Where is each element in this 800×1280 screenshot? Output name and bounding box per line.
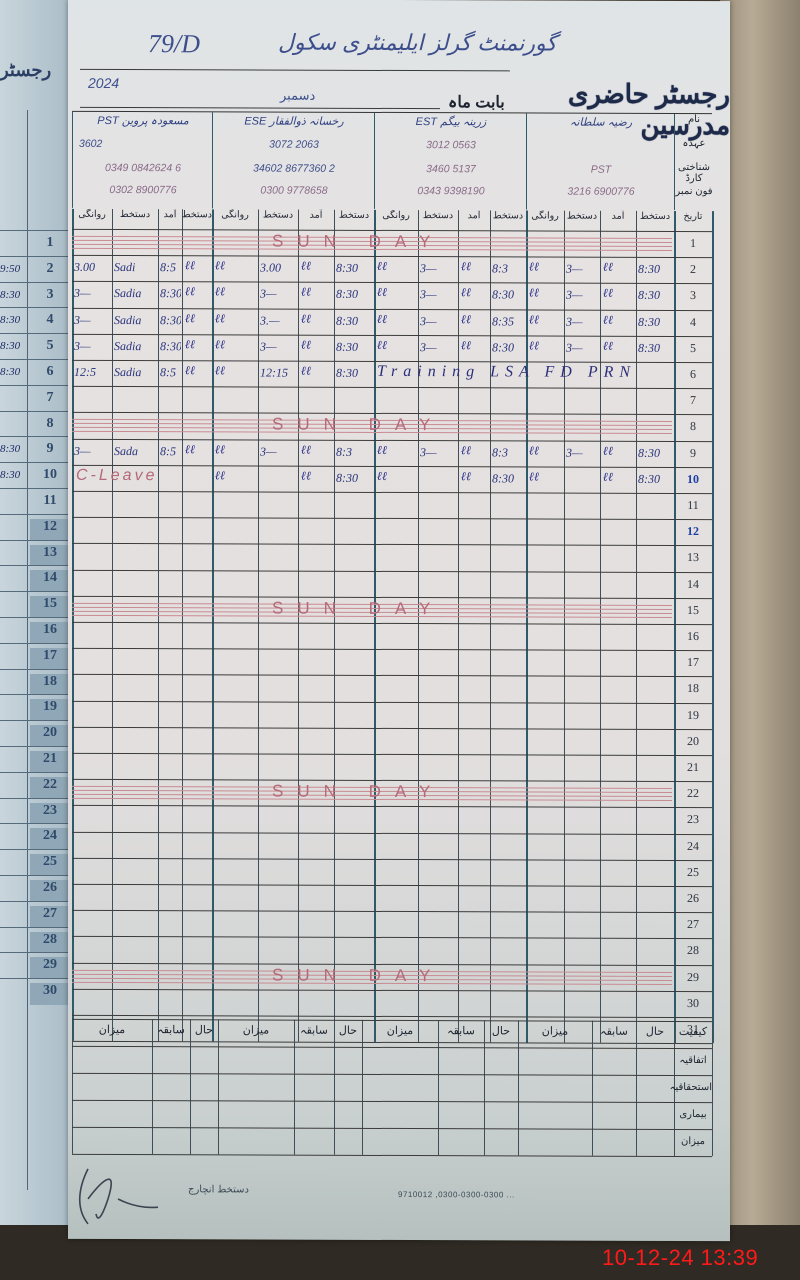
day-number: 2: [674, 262, 712, 277]
summary-row-label: میزان: [674, 1136, 712, 1147]
grid-column-line: [636, 1021, 637, 1156]
previous-page-row: 58:30: [0, 333, 72, 360]
previous-page-row: 98:30: [0, 436, 72, 463]
teacher-name: زرینہ بیگم EST: [375, 115, 527, 129]
year-field: 2024: [88, 75, 119, 91]
grid-row-line: [72, 438, 712, 441]
handwritten-signature: ℓℓ: [215, 363, 225, 378]
divider: [80, 107, 440, 109]
departure-time: 3—: [420, 445, 457, 460]
signature-text: Sadia: [114, 286, 157, 301]
grid-column-line: [362, 1020, 363, 1155]
arrival-time: 8:30: [336, 471, 373, 486]
arrival-time: 8:30: [638, 341, 673, 356]
handwritten-signature: ℓℓ: [603, 339, 613, 354]
previous-page-row: 28: [0, 927, 72, 954]
teacher-cnic: [527, 139, 675, 140]
previous-page-day: 26: [30, 880, 70, 902]
summary-header: میزان: [72, 1023, 152, 1036]
day-number: 30: [674, 996, 712, 1011]
previous-page-time: 8:30: [0, 366, 26, 378]
summary-row-label: استحقاقیہ: [674, 1082, 712, 1093]
handwritten-signature: ℓℓ: [301, 285, 311, 300]
grid-row-line: [72, 648, 712, 651]
summary-header: میزان: [362, 1024, 438, 1037]
teacher-cnic-full: 34602 8677360 2: [213, 162, 375, 175]
previous-page-day: 9: [30, 441, 70, 463]
handwritten-signature: ℓℓ: [377, 285, 387, 300]
day-number: 19: [674, 708, 712, 723]
handwritten-signature: ℓℓ: [185, 311, 195, 326]
departure-time: 3—: [566, 445, 599, 460]
previous-page-day: 28: [30, 932, 70, 954]
day-number: 14: [674, 577, 712, 592]
teacher-phone: 0343 9398190: [375, 185, 527, 198]
handwritten-signature: ℓℓ: [603, 286, 613, 301]
previous-page: رجسٹر 129:5038:3048:3058:3068:307898:301…: [0, 0, 72, 1225]
teacher-name: رخسانہ ذوالفقار ESE: [213, 114, 375, 128]
previous-page-row: 1: [0, 230, 72, 257]
handwritten-signature: ℓℓ: [215, 311, 225, 326]
departure-time: 3—: [566, 262, 599, 277]
arrival-time: 8:30: [638, 472, 673, 487]
grid-column-line: [438, 1020, 439, 1155]
grid-column-line: [592, 1021, 593, 1156]
summary-header: حال: [190, 1023, 218, 1036]
column-header: دستخط: [182, 209, 212, 229]
previous-page-row: 20: [0, 720, 72, 747]
grid-column-line: [152, 1019, 153, 1154]
handwritten-signature: ℓℓ: [377, 469, 387, 484]
handwritten-signature: ℓℓ: [185, 337, 195, 352]
grid-row-line: [72, 465, 712, 468]
column-header: آمد: [298, 210, 334, 230]
arrival-time: 8:30: [492, 288, 525, 303]
summary-header: سابقہ: [438, 1024, 484, 1037]
departure-time: 3—: [74, 443, 111, 458]
day-number: 8: [674, 419, 712, 434]
handwritten-signature: ℓℓ: [529, 338, 539, 353]
month-label: بابت ماہ: [448, 92, 505, 112]
summary-header: سابقہ: [592, 1025, 636, 1038]
sunday-label: SUN DAY: [272, 598, 532, 619]
day-number: 20: [674, 734, 712, 749]
day-number: 12: [674, 524, 712, 539]
day-number: 10: [674, 472, 712, 487]
label-post: عہدہ: [675, 138, 713, 162]
sunday-label: SUN DAY: [272, 965, 532, 986]
column-header: آمد: [600, 211, 636, 231]
divider: [80, 69, 510, 72]
sunday-label: SUN DAY: [272, 232, 532, 253]
grid-row-line: [72, 727, 712, 730]
day-number: 24: [674, 839, 712, 854]
grid-row-line: [72, 805, 712, 808]
column-header: روانگی: [212, 209, 258, 229]
arrival-time: 8:30: [336, 261, 373, 276]
grid-row-line: [72, 307, 712, 310]
handwritten-signature: ℓℓ: [529, 443, 539, 458]
arrival-time: 8:30: [492, 471, 525, 486]
departure-time: 3.—: [260, 313, 297, 328]
previous-page-day: 4: [30, 312, 70, 334]
arrival-time: 8:30: [492, 340, 525, 355]
previous-page-row: 108:30: [0, 462, 72, 489]
day-number: 6: [674, 367, 712, 382]
previous-page-day: 24: [30, 828, 70, 850]
previous-page-row: 12: [0, 514, 72, 541]
summary-row-label: اتفاقیہ: [674, 1055, 712, 1066]
departure-time: 3—: [566, 288, 599, 303]
signature-text: Sadi: [114, 260, 157, 275]
previous-page-day: 16: [30, 622, 70, 644]
camera-timestamp: 10-12-24 13:39: [602, 1245, 758, 1271]
grid-row-line: [72, 1046, 712, 1049]
day-number: 17: [674, 655, 712, 670]
grid-row-line: [72, 753, 712, 756]
sunday-label: SUN DAY: [272, 782, 532, 803]
arrival-time: 8:30: [336, 287, 373, 302]
previous-page-row: 25: [0, 849, 72, 876]
teacher-cnic-full: PST: [527, 163, 675, 176]
handwritten-signature: ℓℓ: [301, 442, 311, 457]
day-number: 18: [674, 681, 712, 696]
handwritten-signature: ℓℓ: [215, 442, 225, 457]
handwritten-signature: ℓℓ: [301, 337, 311, 352]
teacher-cnic-full: 0349 0842624 6: [73, 162, 213, 174]
handwritten-signature: ℓℓ: [461, 312, 471, 327]
previous-page-day: 5: [30, 338, 70, 360]
column-header: روانگی: [374, 210, 418, 230]
previous-page-row: 68:30: [0, 359, 72, 386]
teacher-phone: 0302 8900776: [73, 184, 213, 196]
previous-page-day: 30: [30, 983, 70, 1005]
arrival-time: 8:30: [336, 340, 373, 355]
grid-row-line: [72, 622, 712, 625]
previous-page-day: 21: [30, 751, 70, 773]
signature: [48, 1159, 168, 1229]
previous-page-day: 6: [30, 364, 70, 386]
handwritten-signature: ℓℓ: [377, 338, 387, 353]
column-header: آمد: [458, 210, 490, 230]
previous-page-row: 48:30: [0, 307, 72, 334]
grid-row-line: [72, 910, 712, 913]
handwritten-signature: ℓℓ: [529, 260, 539, 275]
arrival-time: 8:30: [160, 313, 181, 328]
previous-page-day: 27: [30, 906, 70, 928]
previous-page-time: 8:30: [0, 443, 26, 455]
departure-time: 3—: [420, 287, 457, 302]
handwritten-signature: ℓℓ: [215, 285, 225, 300]
column-header: دستخط: [564, 211, 600, 231]
previous-page-row: 15: [0, 591, 72, 618]
day-number: 26: [674, 891, 712, 906]
previous-page-time: 8:30: [0, 314, 26, 326]
handwritten-signature: ℓℓ: [603, 443, 613, 458]
label-name: نام: [675, 114, 713, 138]
previous-page-row: 18: [0, 669, 72, 696]
grid-column-line: [334, 1020, 335, 1155]
day-number: 28: [674, 943, 712, 958]
previous-page-day: 10: [30, 467, 70, 489]
teacher-block-3: رخسانہ ذوالفقار ESE 3072 2063 34602 8677…: [212, 112, 375, 209]
day-number: 22: [674, 786, 712, 801]
previous-page-row: 29: [0, 952, 72, 979]
grid-row-line: [72, 700, 712, 703]
summary-header: حال: [484, 1024, 518, 1037]
day-number: 1: [674, 236, 712, 251]
handwritten-signature: ℓℓ: [461, 443, 471, 458]
previous-page-row: 24: [0, 823, 72, 850]
previous-page-day: 8: [30, 416, 70, 438]
column-header: آمد: [158, 209, 182, 229]
previous-page-day: 11: [30, 493, 70, 515]
serial-number: 79/D: [148, 29, 200, 59]
handwritten-signature: ℓℓ: [603, 470, 613, 485]
grid-row-line: [72, 858, 712, 861]
handwritten-signature: ℓℓ: [603, 260, 613, 275]
previous-page-time: 8:30: [0, 340, 26, 352]
arrival-time: 8:30: [336, 313, 373, 328]
sunday-marker: SUN DAY: [72, 232, 672, 254]
previous-page-row: 23: [0, 798, 72, 825]
leave-summary-table: کیفیتحالسابقہمیزانحالسابقہمیزانحالسابقہم…: [72, 1019, 712, 1176]
day-number: 4: [674, 315, 712, 330]
previous-page-row: 21: [0, 746, 72, 773]
grid-column-line: [484, 1020, 485, 1155]
handwritten-signature: ℓℓ: [185, 442, 195, 457]
departure-time: 3—: [566, 314, 599, 329]
handwritten-signature: ℓℓ: [215, 259, 225, 274]
previous-page-row: 26: [0, 875, 72, 902]
departure-time: 3—: [74, 286, 111, 301]
handwritten-signature: ℓℓ: [215, 468, 225, 483]
handwritten-signature: ℓℓ: [301, 364, 311, 379]
grid-row-line: [72, 386, 712, 389]
arrival-time: 8:3: [492, 445, 525, 460]
arrival-time: 8:5: [160, 444, 181, 459]
day-number: 15: [674, 603, 712, 618]
departure-time: 3—: [74, 312, 111, 327]
grid-row-line: [72, 255, 712, 258]
handwritten-signature: ℓℓ: [529, 312, 539, 327]
teacher-name: رضیہ سلطانہ: [527, 115, 675, 129]
arrival-time: 8:30: [160, 287, 181, 302]
departure-time: 3—: [260, 339, 297, 354]
grid-row-line: [72, 1100, 712, 1103]
summary-header: حال: [334, 1024, 362, 1037]
teacher-block-4: مسعودہ پروین PST 3602 0349 0842624 6 030…: [72, 112, 213, 208]
departure-time: 3—: [420, 340, 457, 355]
register-page: 79/D گورنمنٹ گرلز ایلیمنٹری سکول 2024 دس…: [68, 0, 730, 1241]
training-note: Training LSA FD PRN: [377, 363, 636, 382]
arrival-time: 8:30: [638, 288, 673, 303]
handwritten-signature: ℓℓ: [377, 312, 387, 327]
handwritten-signature: ℓℓ: [529, 286, 539, 301]
sunday-marker: SUN DAY: [72, 782, 672, 804]
column-header: روانگی: [72, 209, 112, 229]
handwritten-signature: ℓℓ: [377, 443, 387, 458]
previous-page-row: 30: [0, 978, 72, 1005]
summary-header: میزان: [218, 1023, 294, 1036]
grid-row-line: [72, 334, 712, 337]
previous-page-row: 19: [0, 694, 72, 721]
teacher-name: مسعودہ پروین PST: [73, 114, 213, 127]
column-header: دستخط: [112, 209, 158, 229]
previous-page-day: 14: [30, 570, 70, 592]
departure-time: 3—: [74, 339, 111, 354]
casual-leave-note: C-Leave: [76, 467, 157, 485]
arrival-time: 8:30: [638, 314, 673, 329]
grid-column-line: [712, 211, 714, 1043]
previous-page-day: 3: [30, 287, 70, 309]
previous-page-day: 7: [30, 390, 70, 412]
handwritten-signature: ℓℓ: [301, 311, 311, 326]
summary-header: حال: [636, 1025, 674, 1038]
signature-caption: دستخط انچارج: [188, 1184, 249, 1195]
column-header: دستخط: [334, 210, 374, 230]
grid-column-line: [294, 1020, 295, 1155]
teacher-phone: 3216 6900776: [527, 185, 675, 198]
handwritten-signature: ℓℓ: [377, 259, 387, 274]
grid-row-line: [72, 543, 712, 546]
signature-text: Sadia: [114, 313, 157, 328]
day-number: 21: [674, 760, 712, 775]
handwritten-signature: ℓℓ: [185, 363, 195, 378]
row-labels: نام عہدہ شناختی کارڈ فون نمبر: [674, 114, 713, 210]
departure-time: 12:5: [74, 365, 111, 380]
day-number: 11: [674, 498, 712, 513]
previous-page-row: 16: [0, 617, 72, 644]
previous-page-row: 38:30: [0, 282, 72, 309]
handwritten-signature: ℓℓ: [301, 259, 311, 274]
grid-row-line: [72, 1127, 712, 1130]
departure-time: 3.00: [74, 260, 111, 275]
desk-background: [720, 0, 800, 1280]
departure-time: 3—: [420, 261, 457, 276]
previous-page-row: 29:50: [0, 256, 72, 283]
grid-row-line: [72, 281, 712, 284]
handwritten-signature: ℓℓ: [215, 337, 225, 352]
departure-time: 3.00: [260, 261, 297, 276]
sunday-label: SUN DAY: [272, 415, 532, 436]
arrival-time: 8:35: [492, 314, 525, 329]
previous-page-day: 17: [30, 648, 70, 670]
summary-header: میزان: [518, 1024, 592, 1037]
grid-row-line: [72, 569, 712, 572]
day-column-header: تاریخ: [674, 211, 712, 231]
teacher-info-section: مسعودہ پروین PST 3602 0349 0842624 6 030…: [72, 111, 712, 210]
column-header: روانگی: [526, 210, 564, 230]
summary-header: سابقہ: [294, 1024, 334, 1037]
label-cnic: شناختی کارڈ: [675, 162, 713, 186]
departure-time: 3—: [420, 314, 457, 329]
handwritten-signature: ℓℓ: [185, 258, 195, 273]
month-value: دسمبر: [280, 88, 315, 104]
grid-row-line: [72, 1154, 712, 1157]
previous-page-day: 12: [30, 519, 70, 541]
school-name: گورنمنٹ گرلز ایلیمنٹری سکول: [278, 30, 557, 57]
day-number: 23: [674, 812, 712, 827]
previous-page-row: 7: [0, 385, 72, 412]
summary-header: کیفیت: [674, 1025, 712, 1038]
previous-page-day: 15: [30, 596, 70, 618]
arrival-time: 8:3: [336, 444, 373, 459]
grid-row-line: [72, 884, 712, 887]
previous-page-day: 20: [30, 725, 70, 747]
arrival-time: 8:30: [638, 262, 673, 277]
day-number: 16: [674, 629, 712, 644]
previous-page-day: 1: [30, 235, 70, 257]
departure-time: 3—: [260, 287, 297, 302]
printer-info: 9710012 ,0300-0300-0300 ...: [398, 1190, 515, 1199]
previous-page-row: 13: [0, 540, 72, 567]
grid-row-line: [72, 831, 712, 834]
arrival-time: 8:30: [160, 339, 181, 354]
day-number: 3: [674, 288, 712, 303]
departure-time: 3—: [260, 444, 297, 459]
previous-page-row: 11: [0, 488, 72, 515]
previous-page-row: 27: [0, 901, 72, 928]
departure-time: 3—: [566, 340, 599, 355]
teacher-phone: 0300 9778658: [213, 184, 375, 197]
column-header: دستخط: [258, 210, 298, 230]
arrival-time: 8:5: [160, 365, 181, 380]
label-phone: فون نمبر: [675, 186, 713, 210]
day-number: 9: [674, 446, 712, 461]
previous-page-header: رجسٹر: [0, 60, 51, 81]
grid-row-line: [72, 1015, 712, 1018]
previous-page-time: 8:30: [0, 469, 26, 481]
teacher-cnic: 3012 0563: [375, 139, 527, 152]
sunday-marker: SUN DAY: [72, 415, 672, 437]
sunday-marker: SUN DAY: [72, 965, 672, 987]
sunday-marker: SUN DAY: [72, 599, 672, 621]
day-number: 25: [674, 865, 712, 880]
signature-text: Sadia: [114, 365, 157, 380]
grid-column-line: [712, 1021, 713, 1156]
previous-page-row: 14: [0, 565, 72, 592]
previous-page-day: 18: [30, 674, 70, 696]
teacher-cnic: 3602: [73, 138, 219, 151]
previous-page-time: 9:50: [0, 263, 26, 275]
grid-row-line: [72, 1073, 712, 1076]
attendance-grid: روانگیدستخطآمددستخطروانگیدستخطآمددستخطرو…: [72, 209, 712, 1043]
day-number: 5: [674, 341, 712, 356]
teacher-cnic-full: 3460 5137: [375, 163, 527, 176]
summary-header: سابقہ: [152, 1023, 190, 1036]
signature-text: Sada: [114, 444, 157, 459]
handwritten-signature: ℓℓ: [185, 285, 195, 300]
previous-page-time: 8:30: [0, 289, 26, 301]
handwritten-signature: ℓℓ: [461, 338, 471, 353]
grid-column-line: [72, 1019, 73, 1154]
previous-page-day: 22: [30, 777, 70, 799]
grid-row-line: [72, 674, 712, 677]
arrival-time: 8:5: [160, 260, 181, 275]
summary-row-label: بیماری: [674, 1109, 712, 1120]
day-number: 27: [674, 917, 712, 932]
departure-time: 12:15: [260, 366, 297, 381]
handwritten-signature: ℓℓ: [461, 259, 471, 274]
handwritten-signature: ℓℓ: [301, 468, 311, 483]
grid-row-line: [72, 936, 712, 939]
grid-column-line: [518, 1020, 519, 1155]
teacher-block-1: رضیہ سلطانہ PST 3216 6900776: [526, 113, 675, 210]
column-header: دستخط: [418, 210, 458, 230]
grid-column-line: [218, 1019, 219, 1154]
teacher-cnic: 3072 2063: [213, 138, 375, 151]
